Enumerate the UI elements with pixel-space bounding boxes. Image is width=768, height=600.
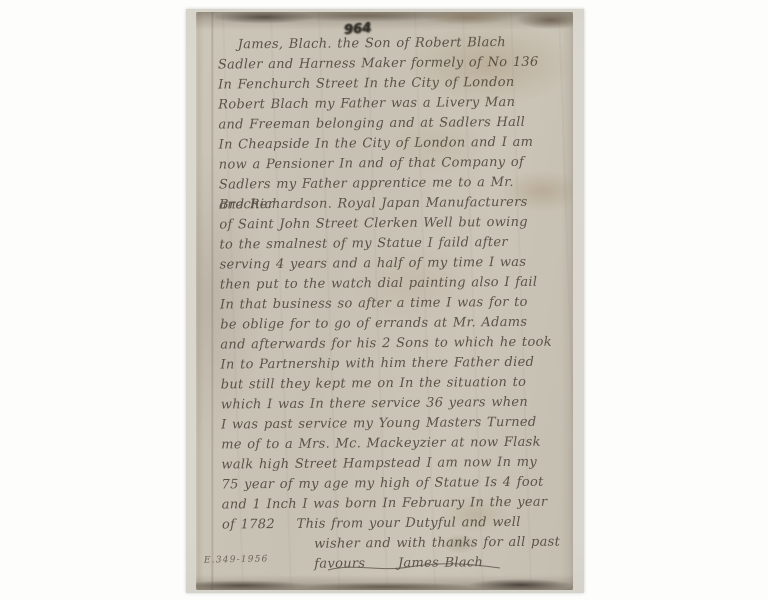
manuscript-paper: 964 James, Blach. the Son of Robert Blac… [196, 12, 573, 590]
museum-accession-number: E.349-1956 [204, 554, 269, 565]
torn-edge-bottom [196, 575, 573, 590]
manuscript-line: wisher and with thanks for all past [222, 532, 569, 555]
manuscript-photo: 964 James, Blach. the Son of Robert Blac… [186, 9, 584, 593]
manuscript-line: now a Pensioner In and of that Company o… [219, 152, 566, 175]
signature-flourish [324, 560, 504, 574]
manuscript-text: James, Blach. the Son of Robert Blach Sa… [218, 32, 570, 575]
manuscript-line: of Saint John Street Clerken Well but ow… [219, 212, 566, 235]
torn-edge-top [196, 12, 573, 30]
